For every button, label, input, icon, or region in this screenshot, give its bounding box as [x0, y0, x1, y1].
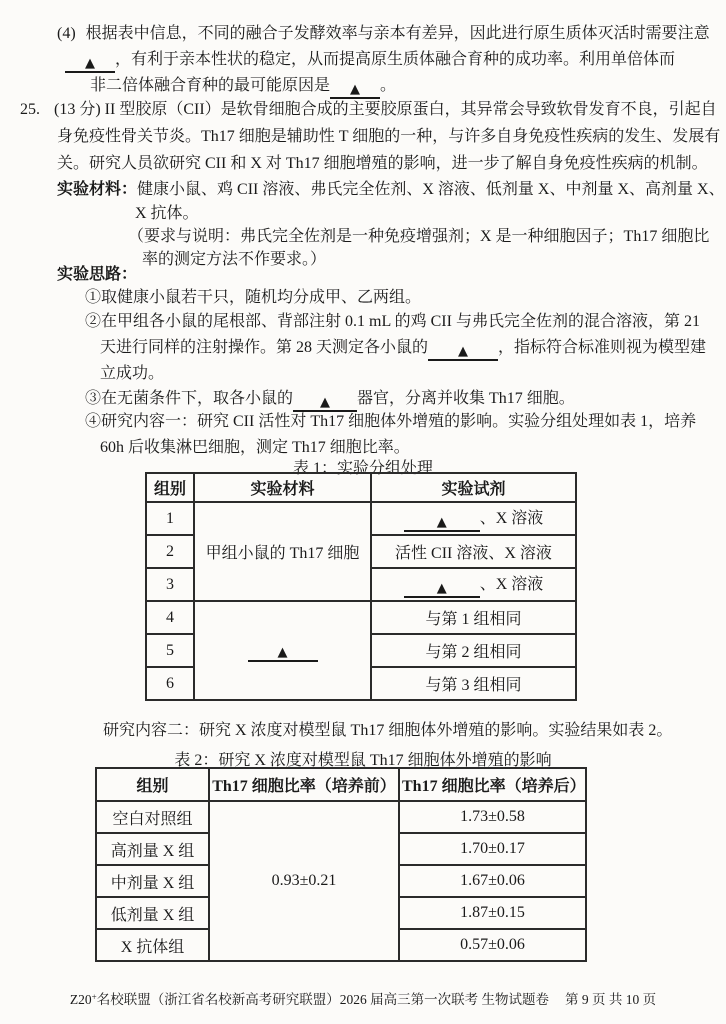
answer-blank-triangle: ▲	[428, 344, 498, 361]
group-cell: 3	[146, 568, 194, 601]
group-cell: 低剂量 X 组	[96, 897, 209, 929]
step-text: 立成功。	[100, 365, 164, 382]
table-2: 组别 Th17 细胞比率（培养前） Th17 细胞比率（培养后） 空白对照组 0…	[95, 767, 587, 962]
note-text: （要求与说明：弗氏完全佐剂是一种免疫增强剂；X 是一种细胞因子；Th17 细胞比	[128, 228, 709, 245]
research-content-2-text: 研究内容二：研究 X 浓度对模型鼠 Th17 细胞体外增殖的影响。实验结果如表 …	[103, 722, 672, 739]
materials-line-2: X 抗体。	[135, 204, 199, 224]
after-cell: 0.57±0.06	[399, 929, 586, 961]
step-text: ②在甲组各小鼠的尾根部、背部注射 0.1 mL 的鸡 CII 与弗氏完全佐剂的混…	[85, 313, 700, 330]
materials-text: 健康小鼠、鸡 CII 溶液、弗氏完全佐剂、X 溶液、低剂量 X、中剂量 X、高剂…	[137, 181, 725, 198]
reagent-text: 、X 溶液	[480, 576, 544, 593]
footer-league: Z20	[70, 992, 92, 1007]
question-4-label: (4)	[57, 25, 76, 42]
page-footer: Z20+名校联盟（浙江省名校新高考研究联盟）2026 届高三第一次联考 生物试题…	[0, 988, 726, 1008]
group-cell: 4	[146, 601, 194, 634]
reagent-cell: 活性 CII 溶液、X 溶液	[371, 535, 576, 568]
question-4-line-2: ▲，有利于亲本性状的稳定，从而提高原生质体融合育种的成功率。利用单倍体而	[65, 50, 675, 73]
question-4-line-3: 非二倍体融合育种的最可能原因是▲。	[90, 76, 396, 99]
after-cell: 1.70±0.17	[399, 833, 586, 865]
answer-blank-triangle: ▲	[65, 56, 115, 73]
research-content-2-line: 研究内容二：研究 X 浓度对模型鼠 Th17 细胞体外增殖的影响。实验结果如表 …	[103, 721, 672, 741]
answer-blank-triangle: ▲	[248, 645, 318, 662]
procedure-label-line: 实验思路：	[57, 265, 137, 285]
step-text: ，指标符合标准则视为模型建	[498, 339, 706, 356]
reagent-cell: ▲、X 溶液	[371, 568, 576, 601]
question-25-line-2: 身免疫性骨关节炎。Th17 细胞是辅助性 T 细胞的一种，与许多自身免疫性疾病的…	[57, 127, 720, 147]
materials-label: 实验材料：	[57, 181, 137, 198]
step-text: ④研究内容一：研究 CII 活性对 Th17 细胞体外增殖的影响。实验分组处理如…	[85, 413, 696, 430]
step-text: 天进行同样的注射操作。第 28 天测定各小鼠的	[100, 339, 428, 356]
reagent-cell: 与第 2 组相同	[371, 634, 576, 667]
group-cell: 1	[146, 502, 194, 535]
reagent-cell: 与第 3 组相同	[371, 667, 576, 700]
table-1-header-reagent: 实验试剂	[371, 473, 576, 502]
question-25-text: 身免疫性骨关节炎。Th17 细胞是辅助性 T 细胞的一种，与许多自身免疫性疾病的…	[57, 128, 720, 145]
before-merged-cell: 0.93±0.21	[209, 801, 399, 961]
table-row: 1 甲组小鼠的 Th17 细胞 ▲、X 溶液	[146, 502, 576, 535]
group-cell: 2	[146, 535, 194, 568]
group-cell: X 抗体组	[96, 929, 209, 961]
question-4-text: 。	[380, 77, 396, 94]
question-25-text: 关。研究人员欲研究 CII 和 X 对 Th17 细胞增殖的影响，进一步了解自身…	[57, 155, 708, 172]
answer-blank-triangle: ▲	[404, 515, 480, 532]
table-1-header-material: 实验材料	[194, 473, 371, 502]
answer-blank-triangle: ▲	[293, 395, 357, 412]
question-25-line-3: 关。研究人员欲研究 CII 和 X 对 Th17 细胞增殖的影响，进一步了解自身…	[57, 154, 708, 174]
question-4-text: ，有利于亲本性状的稳定，从而提高原生质体融合育种的成功率。利用单倍体而	[115, 51, 675, 68]
table-row: 空白对照组 0.93±0.21 1.73±0.58	[96, 801, 586, 833]
table-1-header-row: 组别 实验材料 实验试剂	[146, 473, 576, 502]
question-25-text: (13 分) II 型胶原（CII）是软骨细胞合成的主要胶原蛋白，其异常会导致软…	[54, 101, 717, 118]
reagent-cell: ▲、X 溶液	[371, 502, 576, 535]
question-4-line-1: (4)根据表中信息，不同的融合子发酵效率与亲本有差异，因此进行原生质体灭活时需要…	[57, 24, 710, 44]
table-2-header-after: Th17 细胞比率（培养后）	[399, 768, 586, 801]
procedure-label: 实验思路：	[57, 266, 137, 283]
question-25-line-1: 25.(13 分) II 型胶原（CII）是软骨细胞合成的主要胶原蛋白，其异常会…	[20, 100, 717, 120]
answer-blank-triangle: ▲	[404, 581, 480, 598]
procedure-step-1: ①取健康小鼠若干只，随机均分成甲、乙两组。	[85, 288, 421, 308]
step-text: ③在无菌条件下，取各小鼠的	[85, 390, 293, 407]
table-2-header-row: 组别 Th17 细胞比率（培养前） Th17 细胞比率（培养后）	[96, 768, 586, 801]
material-merged-blank-cell: ▲	[194, 601, 371, 700]
note-line-2: 率的测定方法不作要求。）	[142, 250, 326, 270]
after-cell: 1.87±0.15	[399, 897, 586, 929]
note-line-1: （要求与说明：弗氏完全佐剂是一种免疫增强剂；X 是一种细胞因子；Th17 细胞比	[128, 227, 709, 247]
exam-paper-page: (4)根据表中信息，不同的融合子发酵效率与亲本有差异，因此进行原生质体灭活时需要…	[0, 0, 726, 1024]
table-row: 4 ▲ 与第 1 组相同	[146, 601, 576, 634]
table-1: 组别 实验材料 实验试剂 1 甲组小鼠的 Th17 细胞 ▲、X 溶液 2 活性…	[145, 472, 577, 701]
procedure-step-2-line-1: ②在甲组各小鼠的尾根部、背部注射 0.1 mL 的鸡 CII 与弗氏完全佐剂的混…	[85, 312, 700, 332]
group-cell: 5	[146, 634, 194, 667]
table-2-header-before: Th17 细胞比率（培养前）	[209, 768, 399, 801]
reagent-cell: 与第 1 组相同	[371, 601, 576, 634]
footer-title: 名校联盟（浙江省名校新高考研究联盟）2026 届高三第一次联考 生物试题卷	[97, 992, 549, 1007]
group-cell: 高剂量 X 组	[96, 833, 209, 865]
procedure-step-4-line-1: ④研究内容一：研究 CII 活性对 Th17 细胞体外增殖的影响。实验分组处理如…	[85, 412, 696, 432]
after-cell: 1.67±0.06	[399, 865, 586, 897]
note-text: 率的测定方法不作要求。）	[142, 251, 326, 268]
materials-line-1: 实验材料：健康小鼠、鸡 CII 溶液、弗氏完全佐剂、X 溶液、低剂量 X、中剂量…	[57, 180, 725, 200]
table-1-header-group: 组别	[146, 473, 194, 502]
step-text: 器官，分离并收集 Th17 细胞。	[357, 390, 575, 407]
after-cell: 1.73±0.58	[399, 801, 586, 833]
group-cell: 空白对照组	[96, 801, 209, 833]
materials-text: X 抗体。	[135, 205, 199, 222]
group-cell: 6	[146, 667, 194, 700]
question-4-text: 非二倍体融合育种的最可能原因是	[90, 77, 330, 94]
step-text: 60h 后收集淋巴细胞，测定 Th17 细胞比率。	[100, 439, 410, 456]
group-cell: 中剂量 X 组	[96, 865, 209, 897]
answer-blank-triangle: ▲	[330, 82, 380, 99]
procedure-step-2-line-3: 立成功。	[100, 364, 164, 384]
question-4-text: 根据表中信息，不同的融合子发酵效率与亲本有差异，因此进行原生质体灭活时需要注意	[86, 25, 710, 42]
footer-page-number: 第 9 页 共 10 页	[565, 992, 656, 1007]
material-merged-cell: 甲组小鼠的 Th17 细胞	[194, 502, 371, 601]
step-text: ①取健康小鼠若干只，随机均分成甲、乙两组。	[85, 289, 421, 306]
table-2-header-group: 组别	[96, 768, 209, 801]
reagent-text: 、X 溶液	[480, 510, 544, 527]
question-25-number: 25.	[20, 100, 40, 120]
procedure-step-2-line-2: 天进行同样的注射操作。第 28 天测定各小鼠的▲，指标符合标准则视为模型建	[100, 338, 706, 361]
procedure-step-3: ③在无菌条件下，取各小鼠的▲器官，分离并收集 Th17 细胞。	[85, 389, 575, 412]
